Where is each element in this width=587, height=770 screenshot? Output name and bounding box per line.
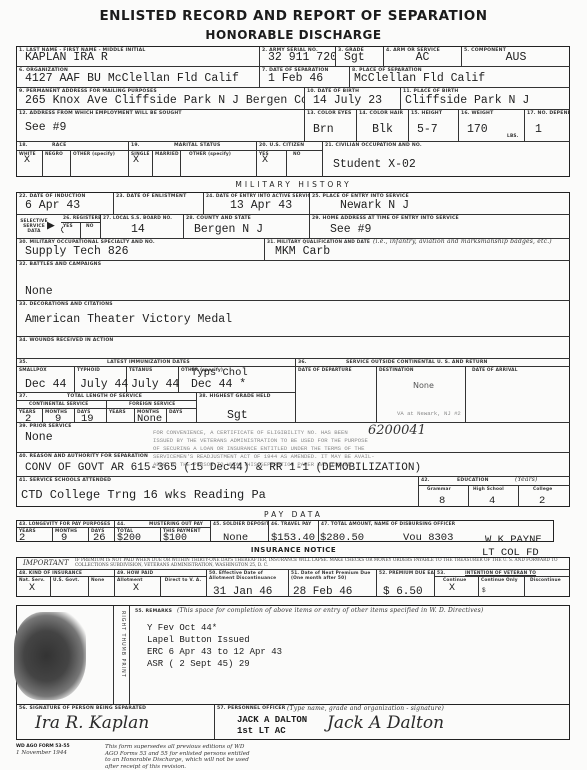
separatee-signature: Ira R. Kaplan: [35, 713, 149, 733]
education-grammar: 8: [439, 495, 445, 507]
weight-value: 170: [467, 123, 488, 136]
registered-option-no[interactable]: NO: [86, 224, 94, 229]
marital-option-married[interactable]: MARRIED: [155, 152, 179, 157]
form-date: 1 November 1944: [16, 750, 67, 757]
remark-line: Y Fev Oct 44*: [147, 622, 282, 634]
arrow-right-icon: ▶: [47, 218, 55, 233]
separation-place-value: McClellan Fld Calif: [354, 72, 485, 85]
field-entry-place: 25. PLACE OF ENTRY INTO SERVICE Newark N…: [310, 193, 570, 215]
form-title: ENLISTED RECORD AND REPORT OF SEPARATION: [0, 8, 587, 24]
field-veteran-intention: 53. INTENTION OF VETERAN TO Continue X C…: [435, 570, 570, 597]
grade-value: Sgt: [344, 51, 365, 64]
military-history-section: 22. DATE OF INDUCTION 6 Apr 43 23. DATE …: [16, 192, 570, 507]
home-address-value: See #9: [330, 223, 371, 236]
battles-value: None: [25, 285, 53, 298]
typhoid-value: July 44: [80, 378, 128, 391]
employment-address-value: See #9: [25, 121, 66, 134]
field-permanent-address: 9. PERMANENT ADDRESS FOR MAILING PURPOSE…: [17, 88, 305, 110]
longevity-years: 2: [19, 532, 25, 541]
field-separation-reason: 40. REASON AND AUTHORITY FOR SEPARATION …: [17, 453, 570, 477]
field-citizen: 20. U.S. CITIZEN YES X NO: [257, 142, 323, 177]
form-subtitle: HONORABLE DISCHARGE: [0, 28, 587, 42]
field-decorations: 33. DECORATIONS AND CITATIONS American T…: [17, 301, 570, 337]
signatures-section: 56. SIGNATURE OF PERSON BEING SEPARATED …: [16, 704, 570, 740]
field-soldier-deposits: 45. SOLDIER DEPOSITS None: [211, 521, 269, 541]
citizen-check-mark: X: [262, 155, 268, 166]
pay-data-section: 43. LONGEVITY FOR PAY PURPOSES YEARS 2 M…: [16, 520, 554, 542]
field-travel-pay: 46. TRAVEL PAY $153.40: [269, 521, 319, 541]
field-hair-color: 14. COLOR HAIR Blk: [357, 110, 409, 142]
local-board-value: 14: [131, 223, 145, 236]
field-immunization: 35. LATEST IMMUNIZATION DATES SMALLPOX D…: [17, 359, 296, 393]
premium-due-value: $ 6.50: [383, 586, 423, 597]
separation-date-value: 1 Feb 46: [268, 72, 323, 85]
field-occupational-specialty: 30. MILITARY OCCUPATIONAL SPECIALTY AND …: [17, 239, 265, 261]
county-state-value: Bergen N J: [194, 223, 263, 236]
mustering-this-payment: $100: [163, 533, 187, 541]
military-qualification-value: MKM Carb: [275, 245, 330, 258]
field-military-qualification: 31. MILITARY QUALIFICATION AND DATE (i.e…: [265, 239, 570, 261]
allotment-discontinuance-value: 31 Jan 46: [213, 586, 272, 597]
organization-value: 4127 AAF BU McClellan Fld Calif: [25, 72, 239, 85]
field-grade: 3. GRADE Sgt: [336, 47, 384, 67]
personnel-officer-name: JACK A DALTON: [237, 715, 307, 725]
field-birth-place: 11. PLACE OF BIRTH Cliffside Park N J: [401, 88, 570, 110]
field-organization: 6. ORGANIZATION 4127 AAF BU McClellan Fl…: [17, 67, 260, 88]
field-allotment-discontinuance: 50. Effective Date of Allotment Disconti…: [207, 570, 289, 597]
race-option-negro[interactable]: NEGRO: [45, 152, 63, 157]
service-schools-value: CTD College Trng 16 wks Reading Pa: [21, 488, 266, 502]
continental-days: 19: [81, 413, 94, 423]
field-local-board: 27. LOCAL S.S. BOARD NO. 14: [101, 215, 184, 239]
insurance-allotment-mark: X: [133, 583, 139, 594]
remark-line: ASR ( 2 Sept 45) 29: [147, 658, 282, 670]
section-pay-data: PAY DATA: [0, 510, 587, 519]
decorations-value: American Theater Victory Medal: [25, 313, 232, 326]
thumb-print-label: RIGHT THUMB PRINT: [117, 611, 125, 701]
field-induction-date: 22. DATE OF INDUCTION 6 Apr 43: [17, 193, 114, 215]
dependents-value: 1: [535, 123, 542, 136]
thumb-print-image: [14, 612, 86, 700]
field-longevity: 43. LONGEVITY FOR PAY PURPOSES YEARS 2 M…: [17, 521, 115, 541]
marital-option-other[interactable]: OTHER (specify): [189, 152, 231, 157]
permanent-address-value: 265 Knox Ave Cliffside Park N J Bergen C…: [25, 94, 305, 107]
field-mustering-out-pay: 44. MUSTERING OUT PAY TOTAL $200 THIS PA…: [115, 521, 211, 541]
eye-color-value: Brn: [313, 123, 334, 136]
race-option-other[interactable]: OTHER (specify): [73, 152, 115, 157]
selective-service-data: SELECTIVE SERVICE DATA ▶: [17, 215, 61, 239]
remark-line: Lapel Button Issued: [147, 634, 282, 646]
field-marital-status: 19. MARITAL STATUS SINGLE X MARRIED OTHE…: [129, 142, 257, 177]
education-college: 2: [539, 495, 545, 507]
separation-reason-value: CONV OF GOVT AR 615-365 (15 Dec44) & RR …: [25, 462, 421, 474]
field-home-address: 29. HOME ADDRESS AT TIME OF ENTRY INTO S…: [310, 215, 570, 239]
field-height: 15. HEIGHT 5-7: [409, 110, 459, 142]
field-wounds: 34. WOUNDS RECEIVED IN ACTION: [17, 337, 570, 359]
field-how-paid: 49. HOW PAID Allotment X Direct to V. A.: [115, 570, 207, 597]
continental-months: 9: [55, 413, 61, 423]
intention-continue-mark: X: [449, 583, 455, 594]
remarks-lines: Y Fev Oct 44* Lapel Button Issued ERC 6 …: [147, 622, 282, 670]
field-registered: 26. REGISTERED YES X NO: [61, 215, 101, 239]
insurance-important: IMPORTANT IF PREMIUM IS NOT PAID WHEN DU…: [17, 558, 570, 570]
field-next-premium: 51. Date of Next Premium Due (One month …: [289, 570, 377, 597]
next-premium-value: 28 Feb 46: [293, 586, 352, 597]
field-eye-color: 13. COLOR EYES Brn: [305, 110, 357, 142]
field-employment-address: 12. ADDRESS FROM WHICH EMPLOYMENT WILL B…: [17, 110, 305, 142]
citizen-option-no[interactable]: NO: [293, 152, 301, 157]
registered-check-mark: X: [61, 226, 64, 237]
foreign-months: None: [137, 413, 162, 423]
field-premium-due: 52. PREMIUM DUE EACH MONTH $ 6.50: [377, 570, 435, 597]
field-name: 1. LAST NAME - FIRST NAME - MIDDLE INITI…: [17, 47, 260, 67]
voucher-value: Vou 8303: [403, 532, 453, 541]
serial-value: 32 911 720: [268, 51, 336, 64]
field-civilian-occupation: 21. CIVILIAN OCCUPATION AND NO. Student …: [323, 142, 570, 177]
highest-grade-value: Sgt: [227, 409, 248, 422]
total-amount-value: $280.50: [320, 532, 364, 541]
insurance-nat-serv-mark: X: [29, 583, 35, 594]
field-personnel-officer: 57. PERSONNEL OFFICER (Type name, grade …: [215, 705, 570, 739]
travel-pay-value: $153.40: [271, 532, 315, 541]
other-immunization-value: Dec 44 *: [191, 378, 246, 391]
component-value: AUS: [462, 51, 570, 64]
soldier-deposits-value: None: [223, 532, 248, 541]
birth-place-value: Cliffside Park N J: [405, 94, 529, 107]
field-arm-service: 4. ARM OR SERVICE AC: [384, 47, 462, 67]
destination-value: None: [413, 381, 434, 390]
form-supersedes-note: This form supersedes all previous editio…: [105, 744, 255, 770]
tetanus-value: July 44: [131, 378, 179, 391]
field-highest-grade: 38. HIGHEST GRADE HELD Sgt: [197, 393, 296, 423]
field-enlistment-date: 23. DATE OF ENLISTMENT: [114, 193, 204, 215]
field-total-amount: 47. TOTAL AMOUNT, NAME OF DISBURSING OFF…: [319, 521, 553, 541]
field-length-of-service: 37. TOTAL LENGTH OF SERVICE CONTINENTAL …: [17, 393, 197, 423]
field-birth-date: 10. DATE OF BIRTH 14 July 23: [305, 88, 401, 110]
certificate-number: 6200041: [368, 423, 426, 438]
birth-date-value: 14 July 23: [313, 94, 382, 107]
continental-years: 2: [25, 413, 31, 423]
field-kind-insurance: 48. KIND OF INSURANCE Nat. Serv. X U.S. …: [17, 570, 115, 597]
personnel-officer-rank: 1st LT AC: [237, 726, 286, 736]
entry-place-value: Newark N J: [340, 199, 409, 212]
personal-section: 1. LAST NAME - FIRST NAME - MIDDLE INITI…: [16, 46, 570, 177]
field-weight: 16. WEIGHT 170 LBS.: [459, 110, 525, 142]
field-battles-campaigns: 32. BATTLES AND CAMPAIGNS None: [17, 261, 570, 301]
field-component: 5. COMPONENT AUS: [462, 47, 570, 67]
field-service-outside: 36. SERVICE OUTSIDE CONTINENTAL U. S. AN…: [296, 359, 570, 423]
occupational-specialty-value: Supply Tech 826: [25, 245, 129, 258]
longevity-months: 9: [61, 532, 67, 541]
personnel-officer-signature: Jack A Dalton: [327, 713, 444, 733]
field-separatee-signature: 56. SIGNATURE OF PERSON BEING SEPARATED …: [17, 705, 215, 739]
field-service-schools: 41. SERVICE SCHOOLS ATTENDED CTD College…: [17, 477, 419, 507]
remark-line: ERC 6 Apr 43 to 12 Apr 43: [147, 646, 282, 658]
name-value: KAPLAN IRA R: [25, 51, 108, 64]
active-service-date-value: 13 Apr 43: [230, 199, 292, 212]
field-county-state: 28. COUNTY AND STATE Bergen N J: [184, 215, 310, 239]
height-value: 5-7: [417, 123, 438, 136]
education-high-school: 4: [489, 495, 495, 507]
mustering-total: $200: [117, 533, 141, 541]
field-race: 18. RACE WHITE X NEGRO OTHER (specify): [17, 142, 129, 177]
longevity-days: 26: [93, 532, 106, 541]
section-insurance-notice: INSURANCE NOTICE: [0, 546, 587, 554]
registered-option-yes[interactable]: YES: [63, 224, 73, 229]
disbursing-officer: W K PAYNE: [485, 534, 542, 541]
field-active-service-date: 24. DATE OF ENTRY INTO ACTIVE SERVICE 13…: [204, 193, 310, 215]
field-separation-date: 7. DATE OF SEPARATION 1 Feb 46: [260, 67, 350, 88]
hair-color-value: Blk: [357, 123, 408, 136]
smallpox-value: Dec 44: [25, 378, 66, 391]
remarks-section: RIGHT THUMB PRINT 55. REMARKS (This spac…: [16, 605, 570, 705]
prior-service-value: None: [25, 431, 53, 444]
race-check-mark: X: [24, 155, 30, 166]
field-dependents: 17. NO. DEPEND. 1: [525, 110, 570, 142]
form-number: WD AGO FORM 53-55: [16, 744, 70, 749]
field-separation-place: 8. PLACE OF SEPARATION McClellan Fld Cal…: [350, 67, 570, 88]
va-note: VA at Newark, NJ #2: [397, 410, 461, 418]
field-serial: 2. ARMY SERIAL NO. 32 911 720: [260, 47, 336, 67]
civilian-occupation-value: Student X-02: [333, 158, 416, 171]
field-education: 42. EDUCATION (Years) Grammar 8 High Sch…: [419, 477, 570, 507]
arm-value: AC: [384, 51, 461, 64]
marital-check-mark: X: [133, 155, 139, 166]
insurance-section: IMPORTANT IF PREMIUM IS NOT PAID WHEN DU…: [16, 557, 570, 597]
induction-date-value: 6 Apr 43: [25, 199, 80, 212]
section-military-history: MILITARY HISTORY: [0, 180, 587, 189]
